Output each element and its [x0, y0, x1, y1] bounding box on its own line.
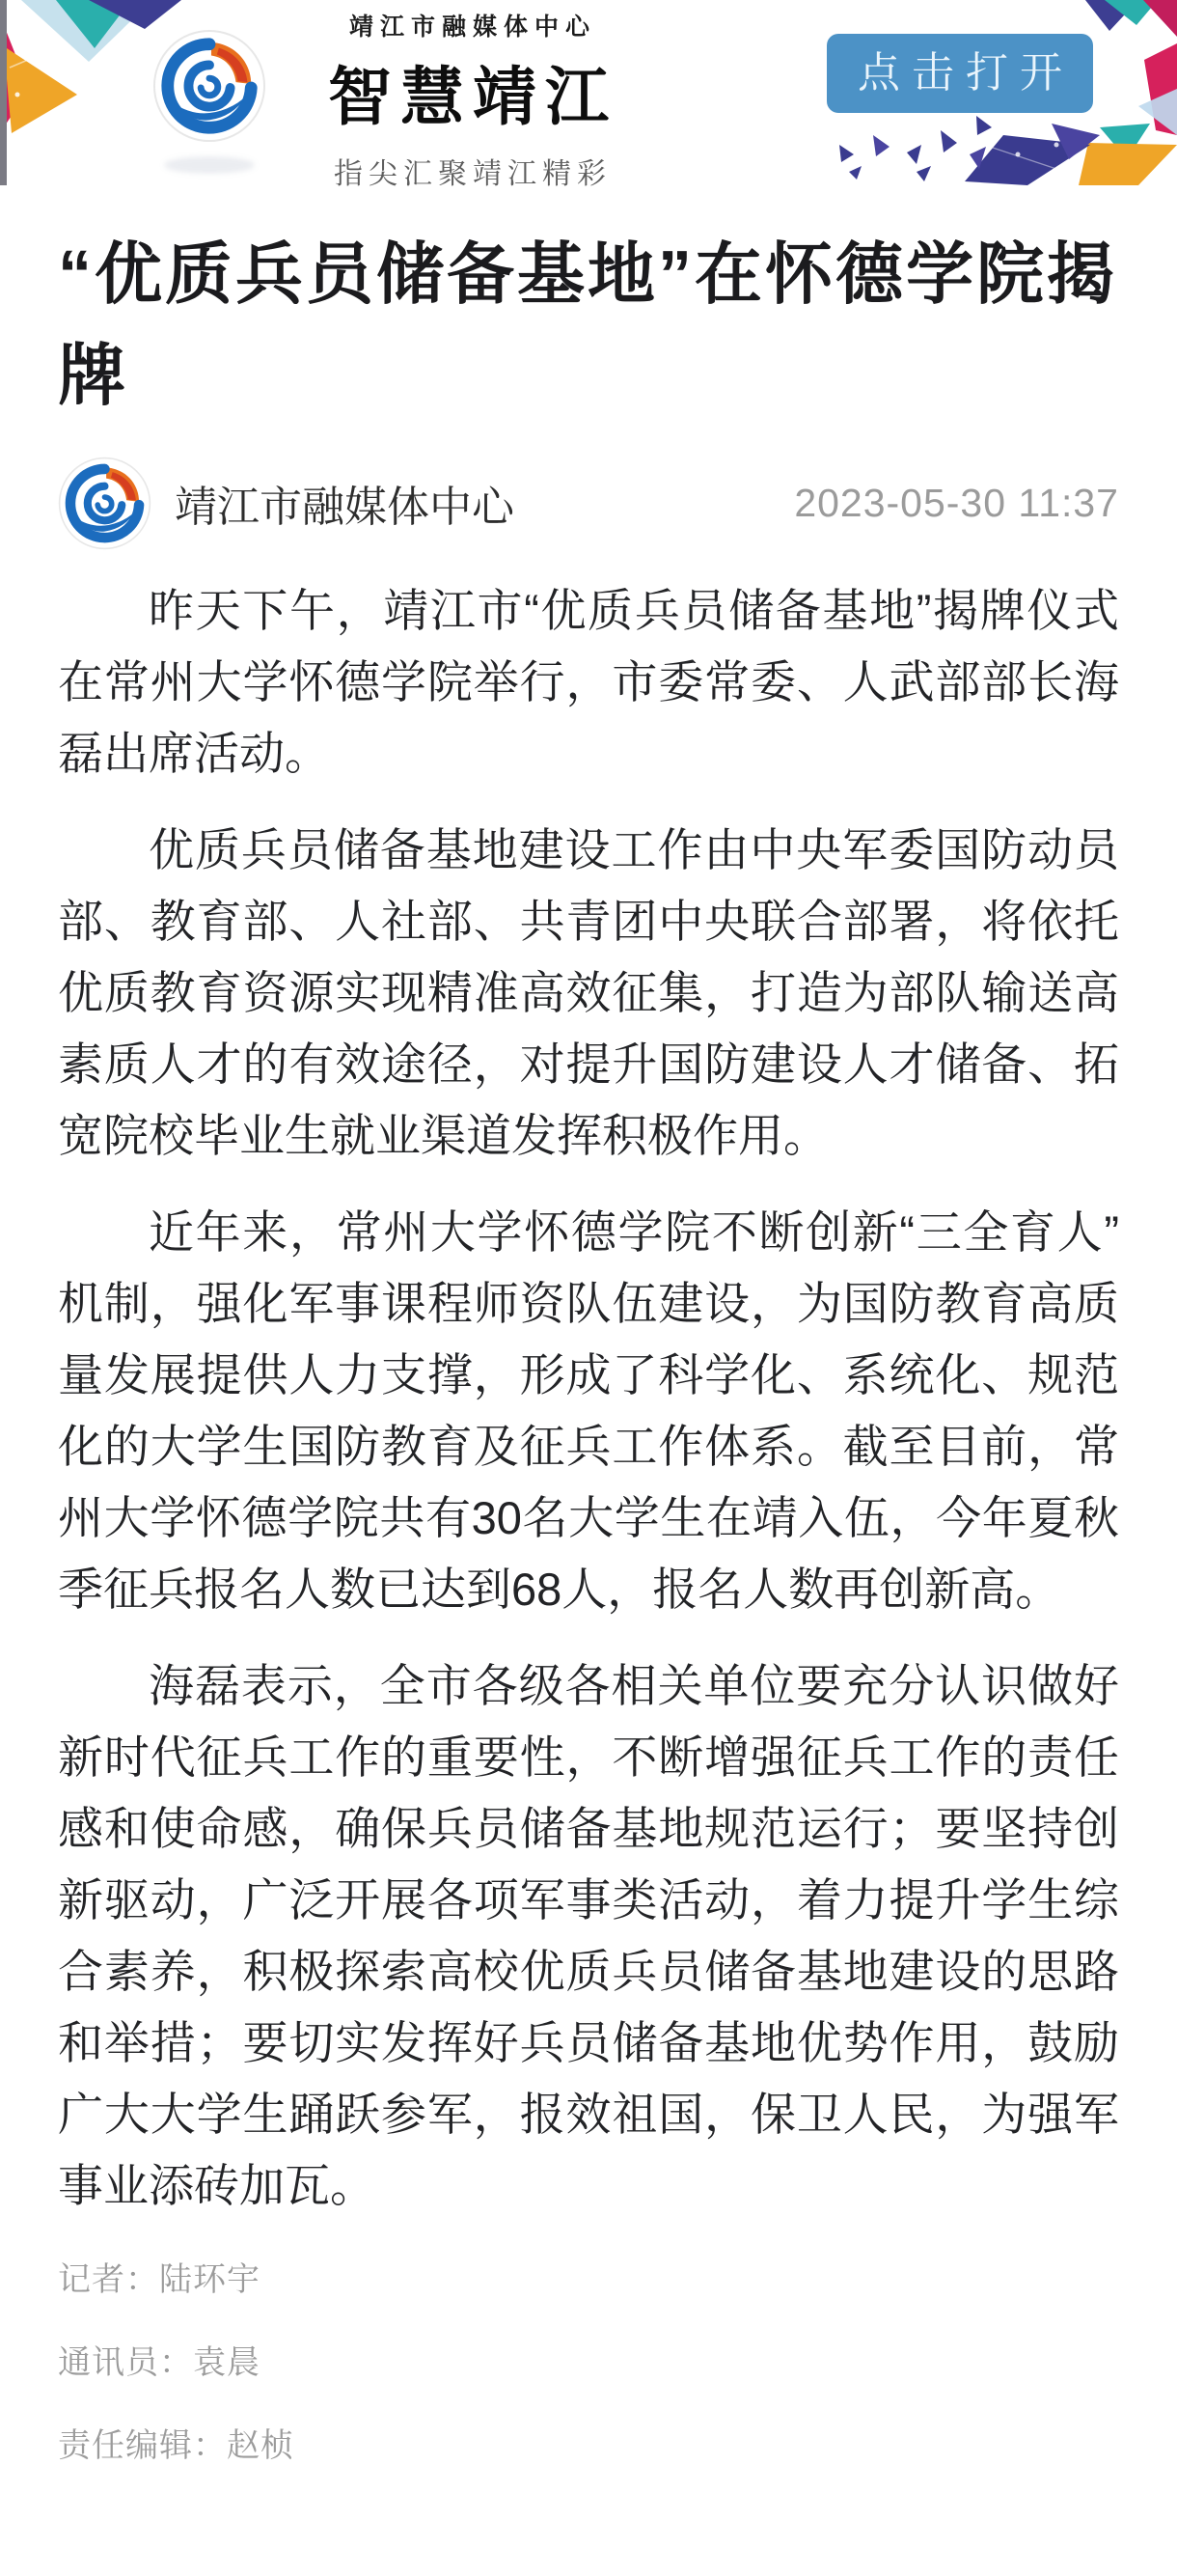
credit-reporter: 记者：陆环宇: [58, 2260, 1119, 2299]
banner-text-block: 靖江市融媒体中心 智慧靖江 指尖汇聚靖江精彩: [289, 8, 656, 192]
publisher-name: 靖江市融媒体中心: [175, 472, 514, 534]
publish-timestamp: 2023-05-30 11:37: [794, 481, 1119, 526]
open-app-button[interactable]: 点击打开: [827, 34, 1093, 113]
article-body: “优质兵员储备基地”在怀德学院揭牌 靖江市融媒体中心 2023-05-30 11…: [0, 224, 1177, 2465]
paragraph-2: 优质兵员储备基地建设工作由中央军委国防动员部、教育部、人社部、共青团中央联合部署…: [58, 815, 1119, 1172]
publisher-row: 靖江市融媒体中心 2023-05-30 11:37: [58, 456, 1119, 550]
article-title: “优质兵员储备基地”在怀德学院揭牌: [58, 224, 1119, 427]
screen-edge-strip: [0, 0, 7, 185]
logo-reflection: [164, 156, 255, 174]
paragraph-1: 昨天下午，靖江市“优质兵员储备基地”揭牌仪式在常州大学怀德学院举行，市委常委、人…: [58, 575, 1119, 789]
banner-slogan: 指尖汇聚靖江精彩: [289, 150, 656, 192]
banner-org-name: 靖江市融媒体中心: [289, 8, 656, 42]
paragraph-4: 海磊表示，全市各级各相关单位要充分认识做好新时代征兵工作的重要性，不断增强征兵工…: [58, 1650, 1119, 2222]
publisher-avatar-icon: [58, 457, 151, 550]
app-promo-banner[interactable]: 靖江市融媒体中心 智慧靖江 指尖汇聚靖江精彩 点击打开: [0, 0, 1177, 185]
article-page: 靖江市融媒体中心 智慧靖江 指尖汇聚靖江精彩 点击打开 “优质兵员储备基地”在怀…: [0, 0, 1177, 2576]
media-center-logo-icon: [152, 29, 266, 143]
credit-editor: 责任编辑：赵桢: [58, 2426, 1119, 2465]
credit-correspondent: 通讯员：袁晨: [58, 2343, 1119, 2382]
article-paragraphs: 昨天下午，靖江市“优质兵员储备基地”揭牌仪式在常州大学怀德学院举行，市委常委、人…: [58, 575, 1119, 2222]
paragraph-3: 近年来，常州大学怀德学院不断创新“三全育人”机制，强化军事课程师资队伍建设，为国…: [58, 1197, 1119, 1625]
article-credits: 记者：陆环宇 通讯员：袁晨 责任编辑：赵桢: [58, 2260, 1119, 2465]
banner-app-name: 智慧靖江: [289, 45, 656, 137]
